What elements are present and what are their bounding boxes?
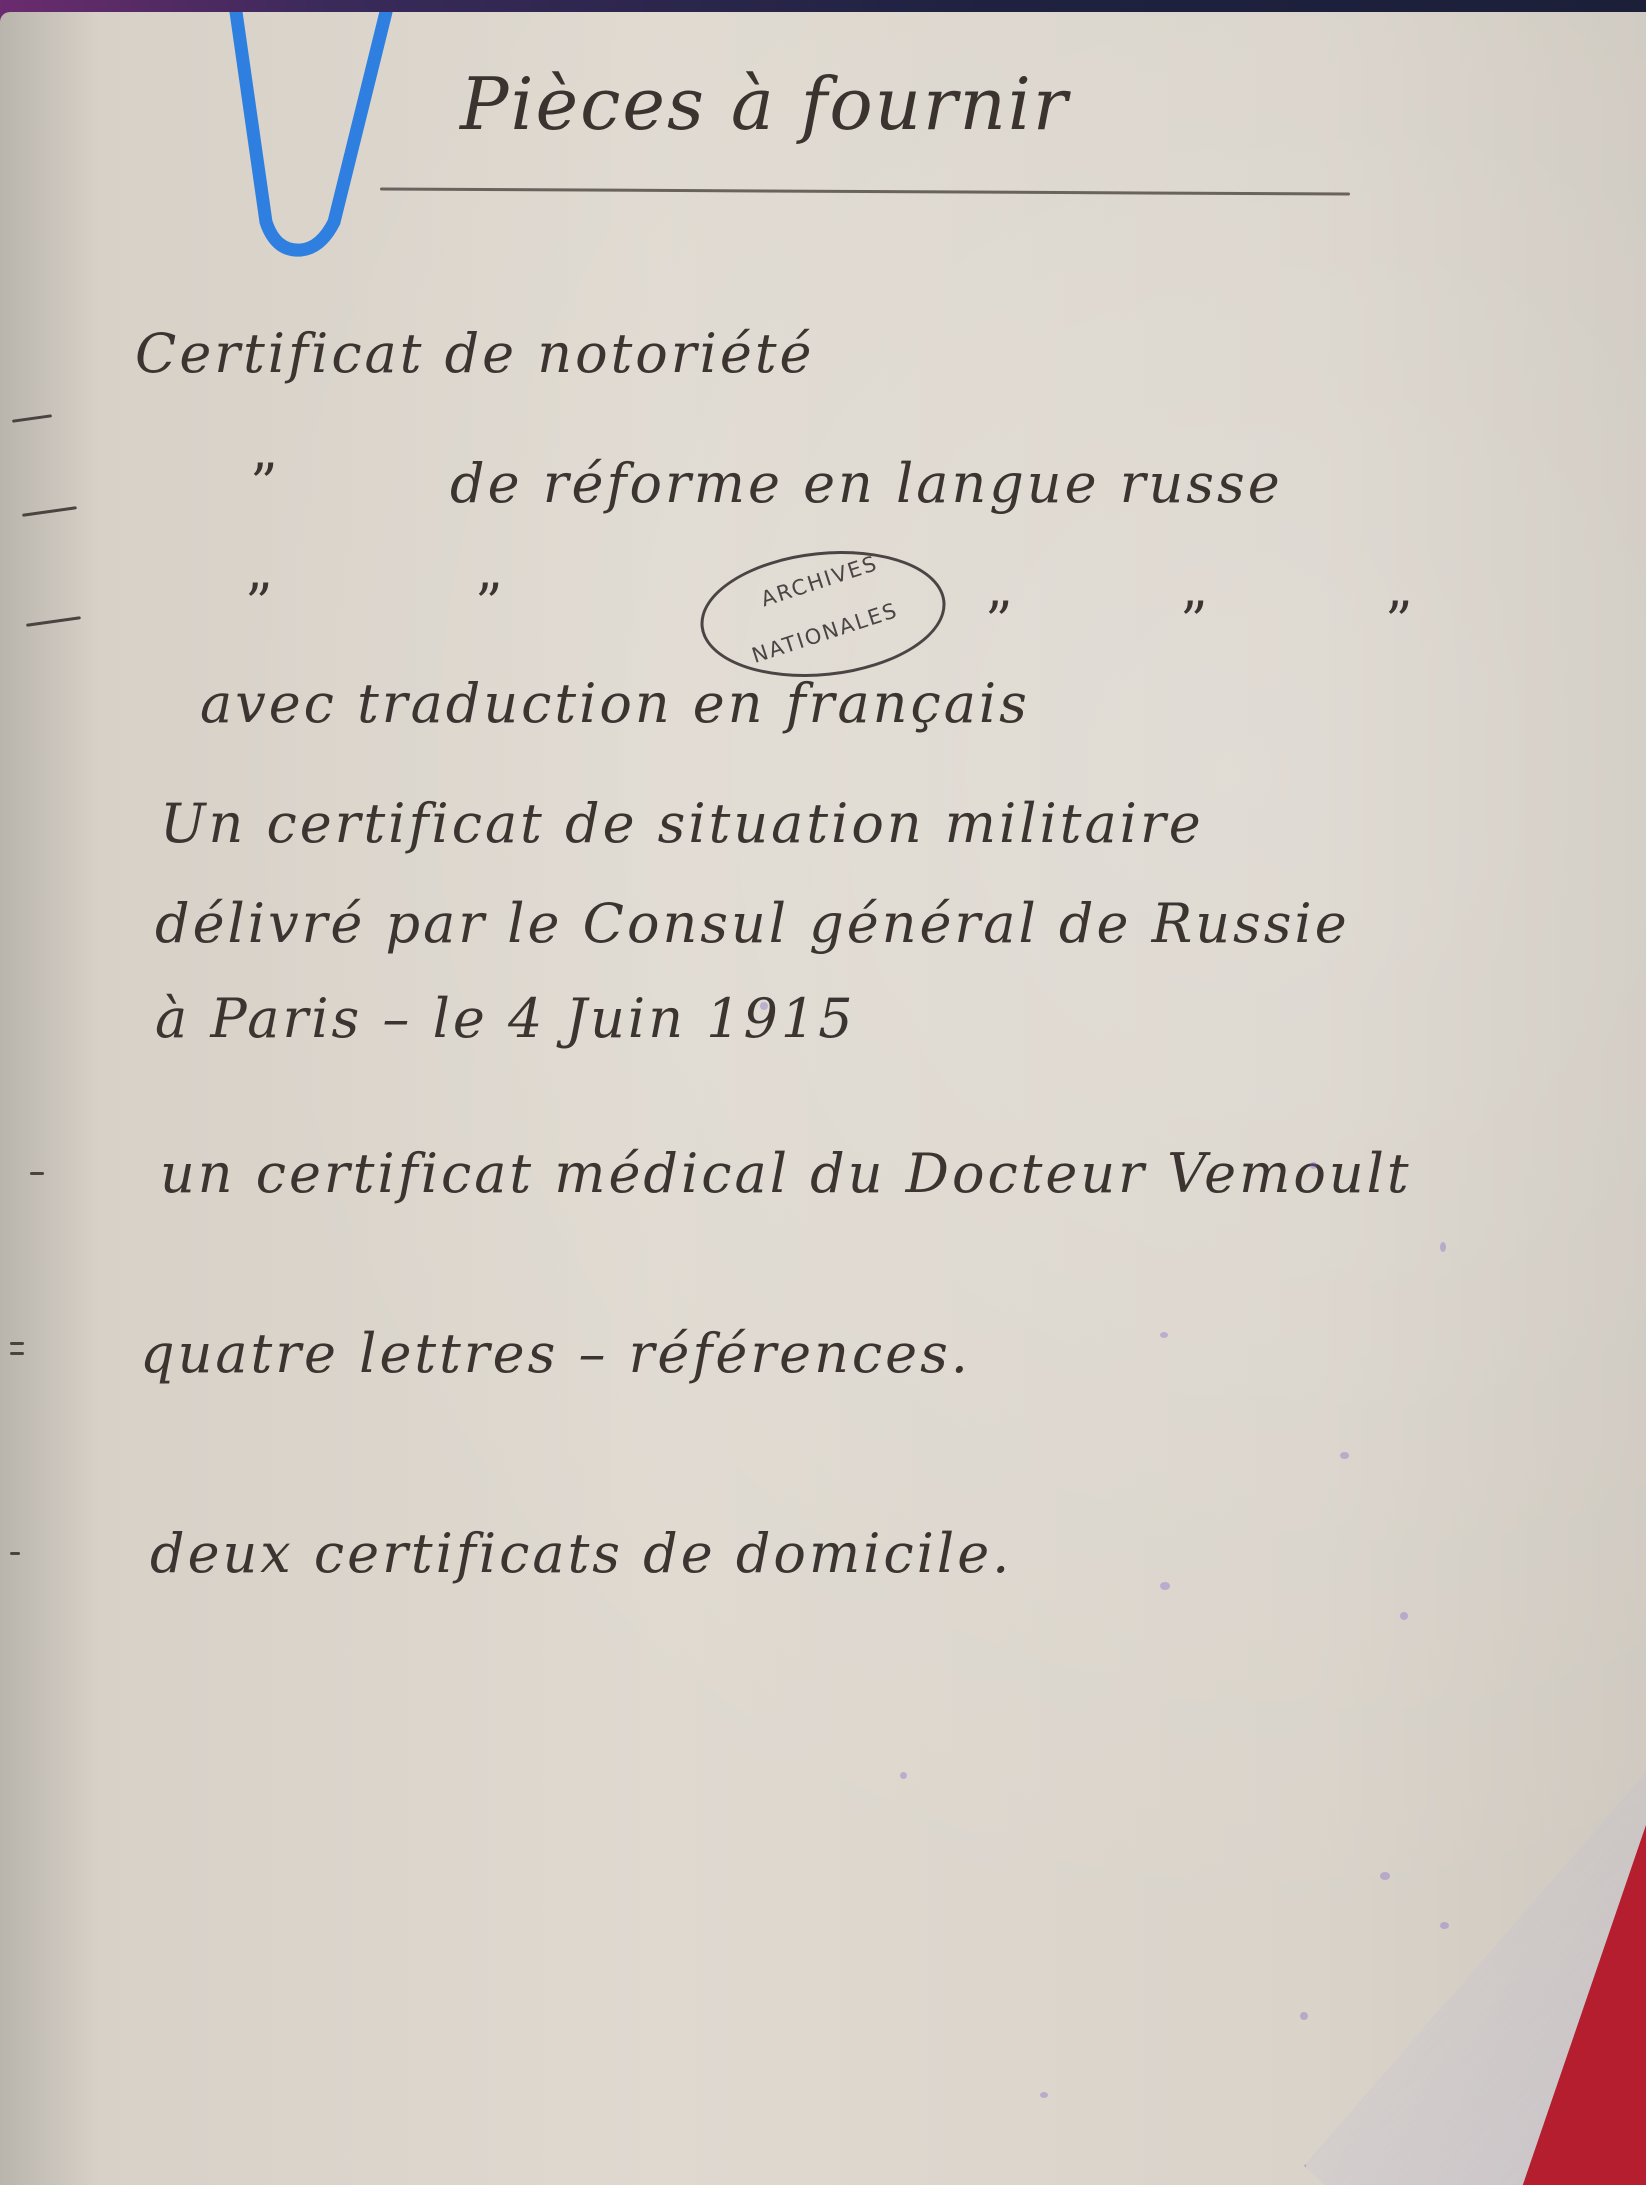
item-lettres-references: quatre lettres – références. [140,1322,971,1385]
document-page: Pièces à fournir Certificat de notoriété… [0,12,1646,2185]
ink-speck [1310,1162,1317,1169]
ink-speck [1160,1332,1168,1338]
ditto-mark: ” [985,590,1013,653]
ink-speck [1440,1242,1446,1252]
ink-speck [1440,1922,1449,1929]
margin-dash [30,1172,44,1175]
margin-equals [10,1352,24,1355]
item-delivre-consul: délivré par le Consul général de Russie [155,892,1350,955]
margin-dash [12,414,52,423]
item-certificat-notoriete: Certificat de notoriété [135,322,815,385]
archives-nationales-stamp: ARCHIVES NATIONALES [694,539,952,688]
ditto-mark: ” [475,572,503,635]
ink-speck [1040,2092,1048,2098]
ink-speck [1300,2012,1308,2020]
ditto-mark: ” [245,572,273,635]
margin-equals [10,1342,24,1345]
title-underline [380,187,1350,195]
ink-speck [760,1002,768,1010]
item-certificat-medical: un certificat médical du Docteur Vemoult [160,1142,1412,1205]
ditto-mark: ” [250,452,278,515]
item-paris-date: à Paris – le 4 Juin 1915 [155,987,856,1050]
ink-speck [1400,1612,1408,1620]
margin-dash [10,1552,20,1555]
item-situation-militaire: Un certificat de situation militaire [160,792,1204,855]
ink-speck [1160,1582,1170,1590]
margin-dash [22,506,77,517]
ink-speck [900,1772,907,1779]
ink-speck [1380,1872,1390,1880]
item-certificats-domicile: deux certificats de domicile. [150,1522,1012,1585]
ink-speck [1340,1452,1349,1459]
item-certificat-reforme: de réforme en langue russe [450,452,1283,515]
ditto-mark: ” [1180,590,1208,653]
item-traduction: avec traduction en français [200,672,1030,735]
paperclip-icon [226,12,396,272]
ditto-mark: ” [1385,590,1413,653]
page-title: Pièces à fournir [460,62,1069,146]
margin-dash [26,616,81,627]
